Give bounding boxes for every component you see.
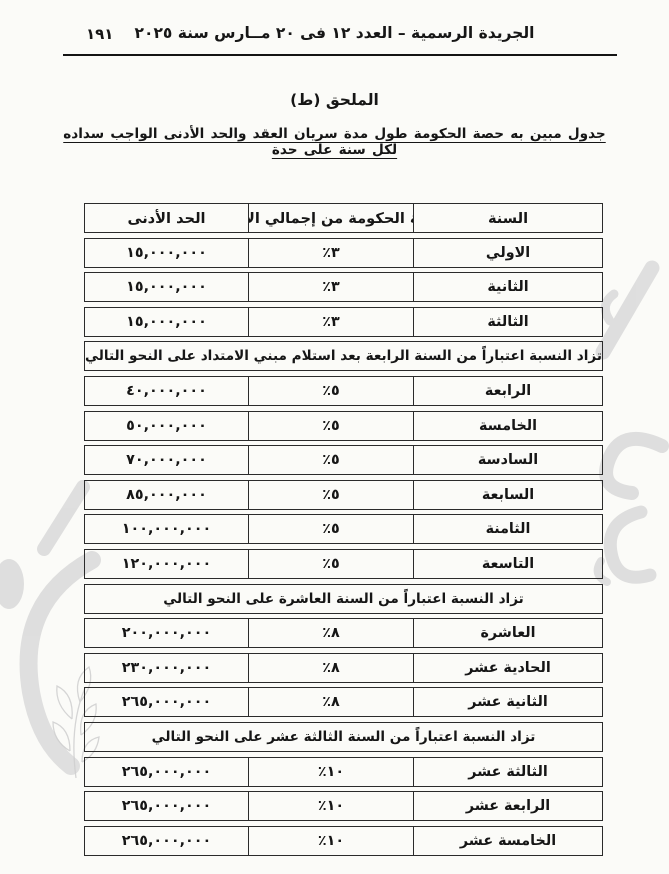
cell-share: ٥٪ <box>248 515 414 543</box>
cell-minimum: ٢٦٥,٠٠٠,٠٠٠ <box>85 688 248 716</box>
table-row: الخامسة ٥٪ ٥٠,٠٠٠,٠٠٠ <box>84 411 603 441</box>
cell-minimum: ٢٠٠,٠٠٠,٠٠٠ <box>85 619 248 647</box>
cell-minimum: ٢٦٥,٠٠٠,٠٠٠ <box>85 758 248 786</box>
cell-year: الرابعة <box>414 377 602 405</box>
section-header-text: تزاد النسبة اعتباراً من السنة العاشرة عل… <box>163 591 524 607</box>
table-row: الثامنة ٥٪ ١٠٠,٠٠٠,٠٠٠ <box>84 514 603 544</box>
cell-year: التاسعة <box>414 550 602 578</box>
table-row: الثانية عشر ٨٪ ٢٦٥,٠٠٠,٠٠٠ <box>84 687 603 717</box>
cell-minimum: ٢٦٥,٠٠٠,٠٠٠ <box>85 827 248 855</box>
cell-minimum: ١٠٠,٠٠٠,٠٠٠ <box>85 515 248 543</box>
cell-year: الثالثة <box>414 308 602 336</box>
cell-share: ٥٪ <box>248 550 414 578</box>
section-header-text: تزاد النسبة اعتباراً من السنة الرابعة بع… <box>85 348 602 364</box>
table-row: الثانية ٣٪ ١٥,٠٠٠,٠٠٠ <box>84 272 603 302</box>
table-row: الحادية عشر ٨٪ ٢٣٠,٠٠٠,٠٠٠ <box>84 653 603 683</box>
cell-minimum: ١٥,٠٠٠,٠٠٠ <box>85 273 248 301</box>
cell-year: الثانية <box>414 273 602 301</box>
cell-share: ٥٪ <box>248 412 414 440</box>
cell-share: ٣٪ <box>248 273 414 301</box>
table-header-row: السنة نسبة الحكومة من إجمالي الإيراد الح… <box>84 203 603 233</box>
cell-share: ٨٪ <box>248 619 414 647</box>
cell-share: ١٠٪ <box>248 827 414 855</box>
table-caption: جدول مبين به حصة الحكومة طول مدة سريان ا… <box>62 126 607 158</box>
cell-minimum: ٧٠,٠٠٠,٠٠٠ <box>85 446 248 474</box>
table-row: التاسعة ٥٪ ١٢٠,٠٠٠,٠٠٠ <box>84 549 603 579</box>
table-row: الاولي ٣٪ ١٥,٠٠٠,٠٠٠ <box>84 238 603 268</box>
column-header-minimum: الحد الأدنى <box>85 204 248 232</box>
cell-share: ٨٪ <box>248 688 414 716</box>
table-row: الرابعة عشر ١٠٪ ٢٦٥,٠٠٠,٠٠٠ <box>84 791 603 821</box>
table-row: العاشرة ٨٪ ٢٠٠,٠٠٠,٠٠٠ <box>84 618 603 648</box>
annex-table-body: الاولي ٣٪ ١٥,٠٠٠,٠٠٠ الثانية ٣٪ ١٥,٠٠٠,٠… <box>84 238 603 856</box>
cell-share: ٣٪ <box>248 308 414 336</box>
table-row: السابعة ٥٪ ٨٥,٠٠٠,٠٠٠ <box>84 480 603 510</box>
cell-year: الثامنة <box>414 515 602 543</box>
cell-year: الخامسة عشر <box>414 827 602 855</box>
column-header-year: السنة <box>414 204 602 232</box>
section-header-row: تزاد النسبة اعتباراً من السنة العاشرة عل… <box>84 584 603 614</box>
column-header-share: نسبة الحكومة من إجمالي الإيراد <box>248 204 414 232</box>
cell-minimum: ٢٣٠,٠٠٠,٠٠٠ <box>85 654 248 682</box>
cell-year: السابعة <box>414 481 602 509</box>
cell-minimum: ٥٠,٠٠٠,٠٠٠ <box>85 412 248 440</box>
appendix-title: الملحق (ط) <box>0 91 669 109</box>
section-header-row: تزاد النسبة اعتباراً من السنة الثالثة عش… <box>84 722 603 752</box>
table-row: الثالثة عشر ١٠٪ ٢٦٥,٠٠٠,٠٠٠ <box>84 757 603 787</box>
cell-share: ١٠٪ <box>248 792 414 820</box>
masthead-divider <box>63 54 617 56</box>
cell-share: ٥٪ <box>248 446 414 474</box>
masthead: الجريدة الرسمية – العدد ١٢ فى ٢٠ مــارس … <box>0 24 669 50</box>
cell-share: ٣٪ <box>248 239 414 267</box>
cell-share: ٥٪ <box>248 377 414 405</box>
cell-year: الخامسة <box>414 412 602 440</box>
cell-minimum: ٢٦٥,٠٠٠,٠٠٠ <box>85 792 248 820</box>
cell-minimum: ١٢٠,٠٠٠,٠٠٠ <box>85 550 248 578</box>
cell-year: الاولي <box>414 239 602 267</box>
section-header-row: تزاد النسبة اعتباراً من السنة الرابعة بع… <box>84 341 603 371</box>
cell-share: ١٠٪ <box>248 758 414 786</box>
gazette-page: الجريدة الرسمية – العدد ١٢ فى ٢٠ مــارس … <box>0 0 669 874</box>
cell-year: الثانية عشر <box>414 688 602 716</box>
cell-minimum: ١٥,٠٠٠,٠٠٠ <box>85 239 248 267</box>
cell-minimum: ١٥,٠٠٠,٠٠٠ <box>85 308 248 336</box>
cell-minimum: ٨٥,٠٠٠,٠٠٠ <box>85 481 248 509</box>
table-row: الرابعة ٥٪ ٤٠,٠٠٠,٠٠٠ <box>84 376 603 406</box>
table-row: السادسة ٥٪ ٧٠,٠٠٠,٠٠٠ <box>84 445 603 475</box>
cell-year: السادسة <box>414 446 602 474</box>
cell-share: ٨٪ <box>248 654 414 682</box>
cell-year: العاشرة <box>414 619 602 647</box>
cell-year: الرابعة عشر <box>414 792 602 820</box>
cell-minimum: ٤٠,٠٠٠,٠٠٠ <box>85 377 248 405</box>
table-row: الخامسة عشر ١٠٪ ٢٦٥,٠٠٠,٠٠٠ <box>84 826 603 856</box>
cell-year: الثالثة عشر <box>414 758 602 786</box>
section-header-text: تزاد النسبة اعتباراً من السنة الثالثة عش… <box>152 729 536 745</box>
page-number: ١٩١ <box>86 25 113 43</box>
cell-share: ٥٪ <box>248 481 414 509</box>
annex-table: السنة نسبة الحكومة من إجمالي الإيراد الح… <box>84 203 603 860</box>
table-row: الثالثة ٣٪ ١٥,٠٠٠,٠٠٠ <box>84 307 603 337</box>
cell-year: الحادية عشر <box>414 654 602 682</box>
